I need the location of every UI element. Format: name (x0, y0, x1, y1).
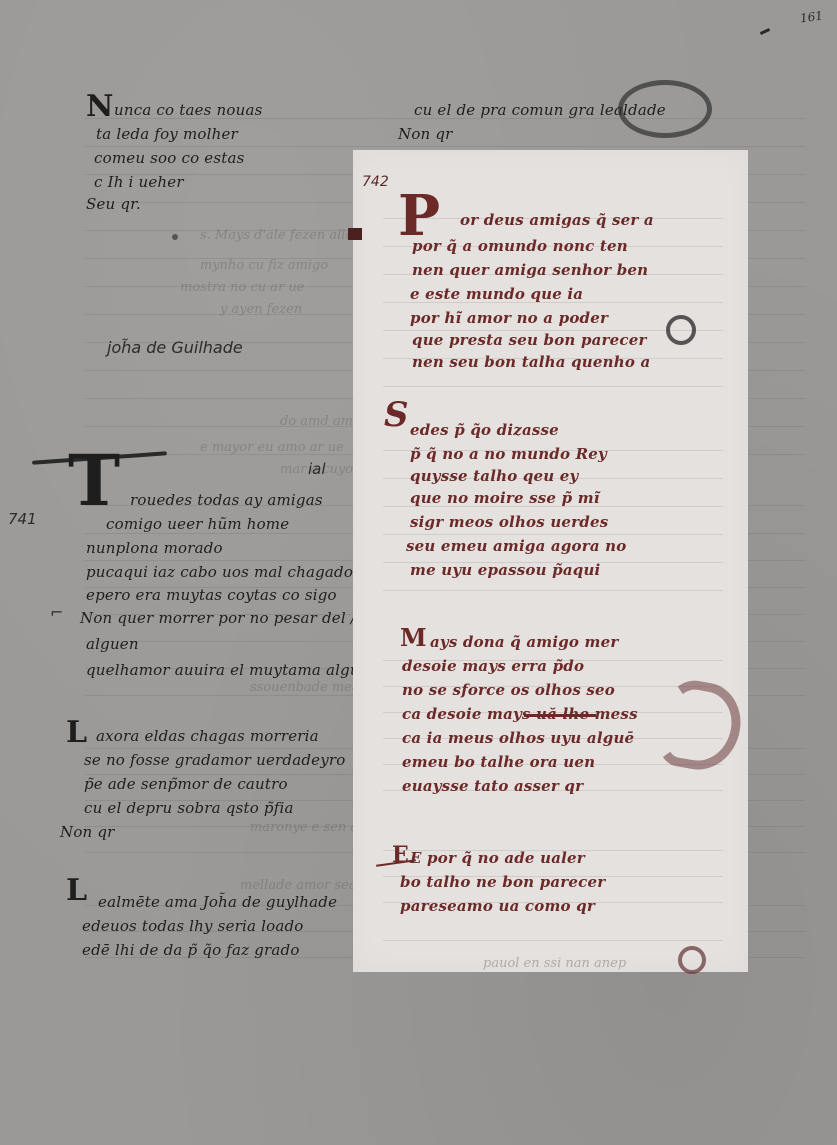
verse-line: p̃e ade senp̃mor de cautro (84, 774, 288, 794)
verse-line: seu emeu amiga agora no (406, 536, 627, 556)
verse-line: cu el depru sobra qsto p̃fia (84, 798, 294, 818)
verse-line: Non qr (60, 822, 115, 842)
verse-line: Seu qr. (86, 194, 141, 214)
verse-line: se no fosse gradamor uerdadeyro (84, 750, 346, 770)
verse-line: Non qr (398, 124, 453, 144)
verse-line: edeuos todas lhy seria loado (82, 916, 304, 936)
margin-tick (348, 228, 362, 240)
initial-letter-s: S (384, 398, 409, 432)
verse-line: rouedes todas ay amigas (130, 490, 323, 510)
verse-line: no se sforce os olhos seo (402, 680, 615, 700)
manuscript-page: 161 s. Mays d'ale fezen alla mynho cu fi… (0, 0, 837, 1145)
verse-line: epero era muytas coytas co sigo (86, 585, 337, 605)
verse-line: pucaqui iaz cabo uos mal chagado (86, 562, 353, 582)
verse-line: ta leda foy molher (96, 124, 238, 144)
verse-line: axora eldas chagas morreria (96, 726, 319, 746)
show-through-text: mynho cu fiz amigo (200, 258, 328, 273)
verse-line: pareseamo ua como qr (400, 896, 595, 916)
verse-line: bo talho ne bon parecer (400, 872, 605, 892)
verse-line: nunplona morado (86, 538, 223, 558)
verse-line: p̃ q̃ no a no mundo Rey (410, 444, 607, 464)
verse-line: edes p̃ q̃o dizasse (410, 420, 559, 440)
poem-number-741: 741 (8, 510, 37, 528)
show-through-text: y ayen fezen (220, 302, 302, 317)
verse-line: alguen (86, 634, 139, 654)
verse-line: comigo ueer hũm home (106, 514, 289, 534)
margin-mark: ial (308, 460, 326, 478)
verse-line: Non quer morrer por no pesar del / (80, 608, 356, 628)
show-through-text: s. Mays d'ale fezen alla (200, 228, 353, 243)
verse-line: emeu bo talhe ora uen (402, 752, 595, 772)
verse-line: nen seu bon talha quenho a (412, 352, 650, 372)
verse-line: desoie mays erra p̃do (402, 656, 584, 676)
strikethrough (524, 714, 596, 717)
verse-line: por hĩ amor no a poder (410, 308, 608, 328)
ink-stroke (760, 28, 770, 35)
author-note: joh̃a de Guilhade (107, 338, 243, 357)
folio-number: 161 (799, 8, 824, 25)
verse-line: quysse talho qeu ey (410, 466, 578, 486)
verse-line: que presta seu bon parecer (412, 330, 647, 350)
initial-letter-l: L (66, 718, 87, 748)
verse-line: me uyu epassou p̃aqui (410, 560, 600, 580)
verse-line: unca co taes nouas (114, 100, 263, 120)
refrain-bracket: ⌐ (50, 603, 63, 622)
poem-number-742: 742 (362, 174, 389, 190)
show-through-text: pauol en ssi nan anep (483, 956, 626, 971)
verse-line: ealmēte ama Joh̃a de guylhade (98, 892, 337, 912)
show-through-text: e mayor eu amo ar ue (200, 440, 344, 455)
ink-stain-ring (618, 80, 712, 138)
initial-letter-n: N (86, 92, 113, 122)
verse-line: quelhamor auuira el muytama algue (86, 660, 369, 680)
verse-line: E por q̃ no ade ualer (410, 848, 585, 868)
verse-line: comeu soo co estas (94, 148, 245, 168)
verse-line: or deus amigas q̃ ser a (460, 210, 654, 230)
verse-line: ays dona q̃ amigo mer (430, 632, 618, 652)
verse-line: por q̃ a omundo nonc ten (412, 236, 628, 256)
ink-stain-ring (678, 946, 706, 974)
show-through-text: mostra no cu ar ue (180, 280, 304, 295)
paragraph-mark (172, 234, 178, 240)
verse-line: ca ia meus olhos uyu alguē (402, 728, 634, 748)
verse-line: c Ih i ueher (94, 172, 184, 192)
verse-line: nen quer amiga senhor ben (412, 260, 648, 280)
initial-letter-l: L (66, 876, 87, 906)
verse-line: euaysse tato asser qr (402, 776, 583, 796)
ink-stain-ring (666, 315, 696, 345)
verse-line: e este mundo que ia (410, 284, 583, 304)
verse-line: ca desoie mays uă lhe mess (402, 704, 638, 724)
initial-letter-t: T (68, 446, 120, 516)
verse-line: que no moire sse p̃ mĩ (410, 488, 600, 508)
verse-line: edē lhi de da p̃ q̃o faz grado (82, 940, 300, 960)
verse-line: sigr meos olhos uerdes (410, 512, 608, 532)
initial-letter-m: M (400, 626, 427, 650)
